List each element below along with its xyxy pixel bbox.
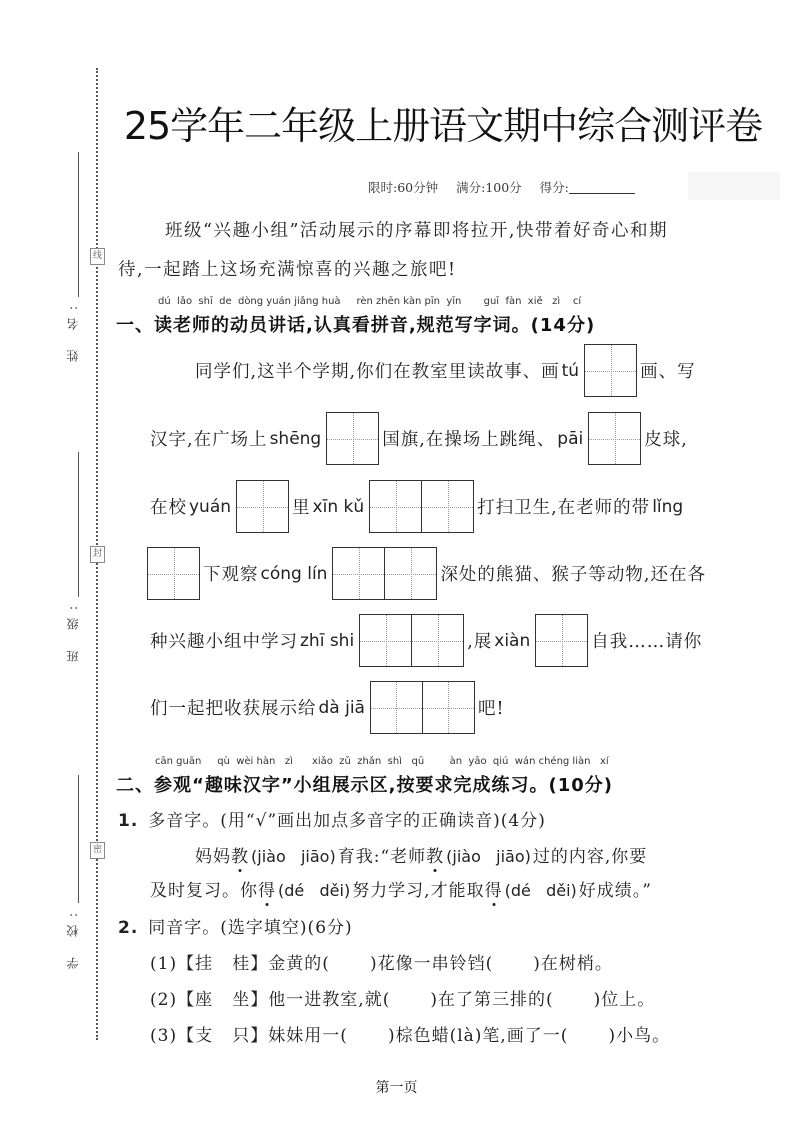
pinyin-xinku: xīn kǔ (313, 497, 365, 517)
text: 在校 (150, 494, 187, 519)
s1-line-3: 在校 yuán 里 xīn kǔ 打扫卫生,在老师的带 lǐng (150, 480, 685, 533)
text: )位上。 (594, 990, 656, 1010)
score-blank[interactable] (569, 193, 635, 194)
pinyin-xian: xiàn (494, 631, 530, 651)
text: )在了第三排的( (430, 990, 553, 1010)
char-box-lin[interactable] (385, 547, 437, 600)
text: 画、写 (640, 358, 696, 383)
text: )小鸟。 (608, 1026, 670, 1046)
reading-options[interactable]: (dé děi) (505, 881, 577, 900)
text: 及时复习。你 (150, 881, 258, 901)
text: 妹妹用一( (268, 1026, 348, 1046)
full-score: 满分:100分 (456, 180, 522, 195)
question-number: 2. (118, 918, 138, 938)
pinyin-sheng: shēng (270, 429, 322, 449)
reading-options[interactable]: (jiào jiāo) (446, 847, 531, 866)
score-label: 得分: (540, 180, 569, 195)
section1-pinyin: dú lǎo shī de dòng yuán jiǎng huà rèn zh… (158, 296, 581, 307)
char-box-ku[interactable] (422, 480, 474, 533)
text: 他一进教室,就( (268, 990, 390, 1010)
text: 好成绩。” (579, 881, 652, 901)
text: 汉字,在广场上 (150, 426, 268, 451)
char-options: (1)【挂 桂】 (150, 954, 268, 974)
text: 吧! (478, 695, 505, 720)
char-box-jia[interactable] (423, 681, 475, 734)
char-box-tu[interactable] (584, 344, 637, 397)
page-number: 第一页 (0, 1077, 793, 1097)
question-text: 同音字。(选字填空)(6分) (148, 918, 352, 938)
q1-line-2: 及时复习。你得(dé děi)努力学习,才能取得(dé děi)好成绩。” (150, 876, 652, 901)
q2-item-3: (3)【支 只】妹妹用一()棕色蜡(là)笔,画了一()小鸟。 (150, 1021, 670, 1046)
name-label: 姓 名: (64, 298, 81, 362)
char-box-xin[interactable] (369, 480, 422, 533)
text: 同学们,这半个学期,你们在教室里读故事、画 (195, 358, 560, 383)
pinyin-yuan: yuán (189, 497, 231, 517)
class-write-line[interactable] (78, 452, 79, 597)
text: 育我:“老师 (338, 847, 426, 867)
s1-line-4: 下观察 cóng lín 深处的熊猫、猴子等动物,还在各 (147, 547, 706, 600)
text: )棕色蜡(là)笔,画了一( (388, 1026, 569, 1046)
shaded-area (688, 172, 780, 200)
text: 们一起把收获展示给 (150, 695, 317, 720)
pinyin-ling: lǐng (652, 497, 683, 517)
char-box-da[interactable] (370, 681, 423, 734)
q1-line-1: 妈妈教(jiào jiāo)育我:“老师教(jiào jiāo)过的内容,你要 (195, 842, 647, 867)
section2-title: 二、参观“趣味汉字”小组展示区,按要求完成练习。(10分) (116, 771, 613, 797)
char-box-group-conglin (332, 547, 437, 600)
text: 种兴趣小组中学习 (150, 628, 298, 653)
seal-mark-feng: 封 (90, 546, 105, 563)
char-box-group-xinku (369, 480, 474, 533)
school-label: 学 校: (64, 905, 81, 969)
text: 国旗,在操场上跳绳、 (382, 426, 555, 451)
s1-line-2: 汉字,在广场上 shēng 国旗,在操场上跳绳、 pāi 皮球, (150, 412, 688, 465)
name-write-line[interactable] (78, 152, 79, 297)
text: 皮球, (644, 426, 688, 451)
question-1: 1.多音字。(用“√”画出加点多音字的正确读音)(4分) (118, 806, 546, 831)
question-number: 1. (118, 811, 138, 831)
intro-line-1: 班级“兴趣小组”活动展示的序幕即将拉开,快带着好奇心和期 (165, 217, 668, 242)
char-box-xian[interactable] (535, 614, 588, 667)
char-box-yuan[interactable] (236, 480, 289, 533)
pinyin-conglin: cóng lín (261, 564, 328, 584)
question-2: 2.同音字。(选字填空)(6分) (118, 913, 353, 938)
char-options: (3)【支 只】 (150, 1026, 268, 1046)
char-box-pai[interactable] (588, 412, 641, 465)
char-box-ling[interactable] (147, 547, 200, 600)
text: 里 (292, 494, 311, 519)
intro-line-2: 待,一起踏上这场充满惊喜的兴趣之旅吧! (118, 256, 457, 281)
reading-options[interactable]: (dé děi) (278, 881, 350, 900)
text: 自我……请你 (591, 628, 702, 653)
text: 金黄的( (268, 954, 330, 974)
reading-options[interactable]: (jiào jiāo) (251, 847, 336, 866)
char-box-shi[interactable] (412, 614, 464, 667)
seal-mark-mi: 密 (90, 842, 105, 859)
char-options: (2)【座 坐】 (150, 990, 268, 1010)
text: 深处的熊猫、猴子等动物,还在各 (440, 561, 706, 586)
dotted-char: 教 (231, 847, 249, 867)
section1-title: 一、读老师的动员讲话,认真看拼音,规范写字词。(14分) (116, 311, 595, 337)
text: ,展 (467, 628, 492, 653)
char-box-group-dajia (370, 681, 475, 734)
dotted-char: 得 (258, 881, 276, 901)
pinyin-tu: tú (562, 361, 579, 381)
char-box-sheng[interactable] (326, 412, 379, 465)
section2-pinyin: cān guān qù wèi hàn zì xiǎo zǔ zhǎn shì … (155, 756, 609, 767)
text: 妈妈 (195, 847, 231, 867)
dotted-char: 得 (485, 881, 503, 901)
school-write-line[interactable] (78, 775, 79, 903)
class-label: 班 级: (64, 598, 81, 662)
s1-line-5: 种兴趣小组中学习 zhī shi ,展 xiàn 自我……请你 (150, 614, 702, 667)
text: )在树梢。 (533, 954, 613, 974)
s1-line-6: 们一起把收获展示给 dà jiā 吧! (150, 681, 505, 734)
page-title: 25学年二年级上册语文期中综合测评卷 (118, 95, 768, 150)
text: 过的内容,你要 (533, 847, 647, 867)
dotted-char: 教 (426, 847, 444, 867)
time-limit: 限时:60分钟 (368, 180, 438, 195)
pinyin-dajia: dà jiā (319, 698, 365, 718)
text: 打扫卫生,在老师的带 (477, 494, 650, 519)
text: )花像一串铃铛( (370, 954, 493, 974)
text: 下观察 (203, 561, 259, 586)
pinyin-pai: pāi (557, 429, 583, 449)
char-box-cong[interactable] (332, 547, 385, 600)
s1-line-1: 同学们,这半个学期,你们在教室里读故事、画 tú 画、写 (195, 344, 696, 397)
q2-item-2: (2)【座 坐】他一进教室,就()在了第三排的()位上。 (150, 985, 655, 1010)
seal-mark-xian: 线 (90, 248, 105, 265)
char-box-group-zhishi (359, 614, 464, 667)
pinyin-zhishi: zhī shi (300, 631, 354, 651)
exam-meta: 限时:60分钟 满分:100分 得分: (368, 178, 635, 196)
q2-item-1: (1)【挂 桂】金黄的()花像一串铃铛()在树梢。 (150, 949, 613, 974)
char-box-zhi[interactable] (359, 614, 412, 667)
question-text: 多音字。(用“√”画出加点多音字的正确读音)(4分) (148, 811, 546, 831)
text: 努力学习,才能取 (352, 881, 484, 901)
